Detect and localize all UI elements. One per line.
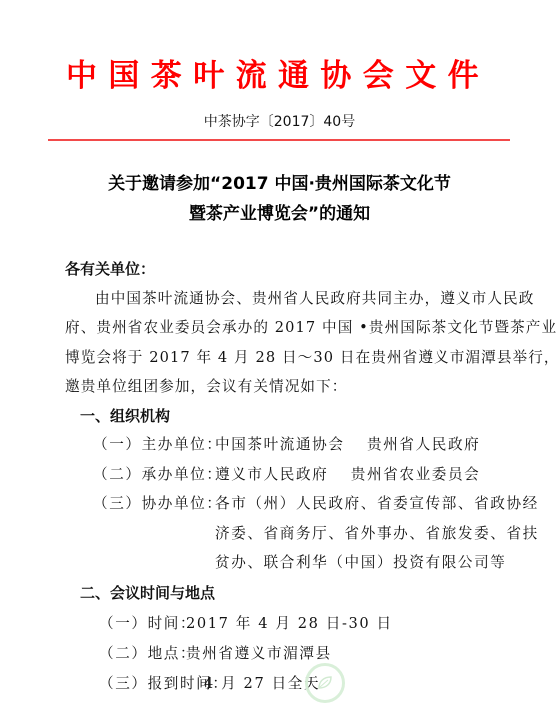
item-value-organizer: 遵义市人民政府 贵州省农业委员会 — [215, 465, 480, 485]
tea-leaf-seal-icon — [305, 663, 345, 703]
item-value-registration: 4 月 27 日全天 — [204, 674, 320, 694]
item-value-co-organizer: 各市（州）人民政府、省委宣传部、省政协经 — [215, 494, 539, 514]
document-number: 中茶协字〔2017〕40号 — [0, 113, 559, 131]
item-value-co-organizer: 济委、省商务厅、省外事办、省旅发委、省扶 — [215, 524, 539, 544]
header-red-rule — [48, 139, 510, 141]
intro-line: 府、贵州省农业委员会承办的 2017 中国 •贵州国际茶文化节暨茶产业 — [65, 318, 557, 338]
item-label-co-organizer: （三）协办单位： — [93, 494, 223, 514]
intro-line: 博览会将于 2017 年 4 月 28 日～30 日在贵州省遵义市湄潭县举行，诚 — [65, 348, 559, 368]
item-value-co-organizer: 贫办、联合利华（中国）投资有限公司等 — [215, 553, 507, 573]
intro-line: 由中国茶叶流通协会、贵州省人民政府共同主办，遵义市人民政 — [95, 289, 534, 309]
issuer-title: 中国茶叶流通协会文件 — [66, 56, 496, 96]
item-label-time: （一）时间： — [99, 614, 196, 634]
item-value-place: 贵州省遵义市湄潭县 — [186, 644, 332, 664]
intro-line: 邀贵单位组团参加，会议有关情况如下： — [65, 377, 348, 397]
item-label-place: （二）地点： — [99, 644, 196, 664]
item-label-organizer: （二）承办单位： — [93, 465, 223, 485]
salutation: 各有关单位： — [65, 259, 155, 279]
item-label-host: （一）主办单位： — [93, 435, 223, 455]
notice-title-line-1: 关于邀请参加“2017 中国·贵州国际茶文化节 — [0, 173, 559, 195]
item-value-host: 中国茶叶流通协会 贵州省人民政府 — [215, 435, 480, 455]
section-heading-organization: 一、组织机构 — [80, 406, 170, 426]
item-value-time: 2017 年 4 月 28 日-30 日 — [186, 614, 393, 634]
notice-title-line-2: 暨茶产业博览会”的通知 — [0, 203, 559, 225]
section-heading-time-place: 二、会议时间与地点 — [80, 583, 215, 603]
